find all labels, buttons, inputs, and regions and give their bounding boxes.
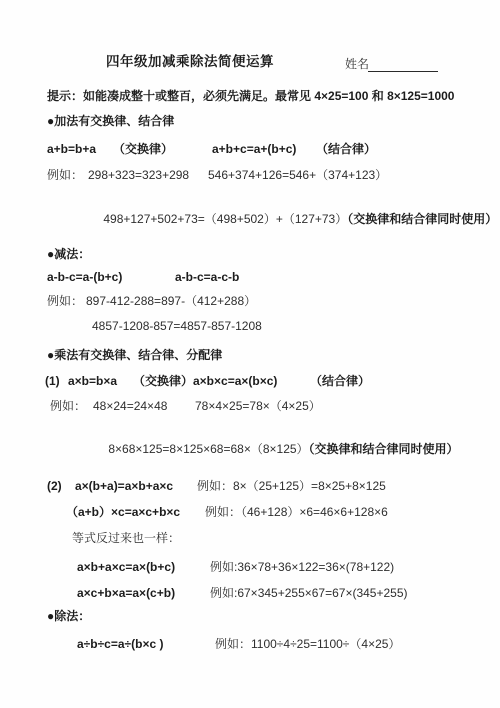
multiplication-item2-number: (2) (47, 477, 62, 495)
multiplication-item2-row1: (2) a×(b+a)=a×b+a×c 例如：8×（25+125）=8×25+8… (0, 477, 500, 495)
multiplication-commutative-formula: a×b=b×a (68, 372, 117, 390)
addition-associative-label: （结合律） (316, 140, 376, 158)
addition-formula-row: a+b=b+a （交换律） a+b+c=a+(b+c) （结合律） (0, 140, 500, 158)
addition-commutative-label: （交换律） (113, 140, 173, 158)
subtraction-example-label: 例如： (47, 292, 83, 310)
multiplication-item1-example-row2: 8×68×125=8×125×68=68×（8×125）（交换律和结合律同时使用… (95, 422, 500, 440)
hint-text: 提示：如能凑成整十或整百，必须先满足。最常见 4×25=100 和 8×125=… (47, 87, 454, 105)
addition-heading-row: ●加法有交换律、结合律 (0, 112, 500, 130)
reverse-formula1: a×b+a×c=a×(b+c) (77, 558, 175, 576)
multiplication-item1-example-label: 例如： (50, 397, 86, 415)
multiplication-item1-formula-row: (1) a×b=b×a （交换律） a×b×c=a×(b×c) （结合律） (0, 372, 500, 390)
addition-example2: 546+374+126=546+（374+123） (208, 166, 387, 184)
addition-example-row2: 498+127+502+73=（498+502）+（127+73）（交换律和结合… (90, 192, 500, 210)
multiplication-item1-example1: 48×24=24×48 (93, 397, 167, 415)
multiplication-item1-example3-note: （交换律和结合律同时使用） (309, 442, 459, 456)
name-label: 姓名 (345, 55, 369, 73)
subtraction-example-row1: 例如： 897-412-288=897-（412+288） (0, 292, 500, 310)
division-formula: a÷b÷c=a÷(b×c ) (77, 635, 163, 653)
addition-example3-note: （交换律和结合律同时使用） (347, 212, 497, 226)
reverse-example2: 例如:67×345+255×67=67×(345+255) (210, 584, 408, 602)
addition-associative-formula: a+b+c=a+(b+c) (212, 140, 296, 158)
multiplication-commutative-label: （交换律） (133, 372, 193, 390)
division-heading-row: ●除法： (0, 607, 500, 625)
multiplication-item1-number: (1) (45, 372, 60, 390)
multiplication-item1-example-row1: 例如： 48×24=24×48 78×4×25=78×（4×25） (0, 397, 500, 415)
addition-example-row1: 例如： 298+323=323+298 546+374+126=546+（374… (0, 166, 500, 184)
addition-example1: 298+323=323+298 (88, 166, 189, 184)
reverse-row2: a×c+b×a=a×(c+b) 例如:67×345+255×67=67×(345… (0, 584, 500, 602)
multiplication-heading: ●乘法有交换律、结合律、分配律 (47, 346, 222, 364)
multiplication-associative-label: （结合律） (310, 372, 370, 390)
division-formula-row: a÷b÷c=a÷(b×c ) 例如：1100÷4÷25=1100÷（4×25） (0, 635, 500, 653)
distributive-example1: 例如：8×（25+125）=8×25+8×125 (197, 477, 386, 495)
distributive-formula2: （a+b）×c=a×c+b×c (66, 503, 180, 521)
subtraction-formula1: a-b-c=a-(b+c) (47, 268, 122, 286)
multiplication-item1-example3: 8×68×125=8×125×68=68×（8×125） (108, 442, 308, 456)
division-example: 例如：1100÷4÷25=1100÷（4×25） (215, 635, 400, 653)
title-row: 四年级加减乘除法简便运算 姓名 (0, 53, 500, 71)
subtraction-example1: 897-412-288=897-（412+288） (86, 292, 256, 310)
worksheet-page: 四年级加减乘除法简便运算 姓名 提示：如能凑成整十或整百，必须先满足。最常见 4… (0, 0, 500, 708)
addition-commutative-formula: a+b=b+a (47, 140, 96, 158)
multiplication-item1-example2: 78×4×25=78×（4×25） (195, 397, 321, 415)
name-underline (368, 70, 438, 72)
hint-row: 提示：如能凑成整十或整百，必须先满足。最常见 4×25=100 和 8×125=… (0, 87, 500, 105)
addition-example3: 498+127+502+73=（498+502）+（127+73） (103, 212, 347, 226)
reverse-row1: a×b+a×c=a×(b+c) 例如:36×78+36×122=36×(78+1… (0, 558, 500, 576)
subtraction-formula-row: a-b-c=a-(b+c) a-b-c=a-c-b (0, 268, 500, 286)
reverse-formula2: a×c+b×a=a×(c+b) (77, 584, 175, 602)
reverse-note: 等式反过来也一样： (72, 529, 180, 547)
reverse-note-row: 等式反过来也一样： (0, 529, 500, 547)
distributive-formula1: a×(b+a)=a×b+a×c (75, 477, 173, 495)
subtraction-example2: 4857-1208-857=4857-857-1208 (92, 317, 262, 335)
subtraction-heading: ●减法： (47, 245, 90, 263)
multiplication-item2-row2: （a+b）×c=a×c+b×c 例如：（46+128）×6=46×6+128×6 (0, 503, 500, 521)
addition-heading: ●加法有交换律、结合律 (47, 112, 174, 130)
multiplication-heading-row: ●乘法有交换律、结合律、分配律 (0, 346, 500, 364)
multiplication-associative-formula: a×b×c=a×(b×c) (193, 372, 277, 390)
subtraction-example-row2: 4857-1208-857=4857-857-1208 (0, 317, 500, 335)
subtraction-heading-row: ●减法： (0, 245, 500, 263)
page-title: 四年级加减乘除法简便运算 (106, 53, 274, 71)
reverse-example1: 例如:36×78+36×122=36×(78+122) (210, 558, 394, 576)
subtraction-formula2: a-b-c=a-c-b (175, 268, 239, 286)
distributive-example2: 例如：（46+128）×6=46×6+128×6 (205, 503, 388, 521)
addition-example-label: 例如： (47, 166, 83, 184)
division-heading: ●除法： (47, 607, 90, 625)
